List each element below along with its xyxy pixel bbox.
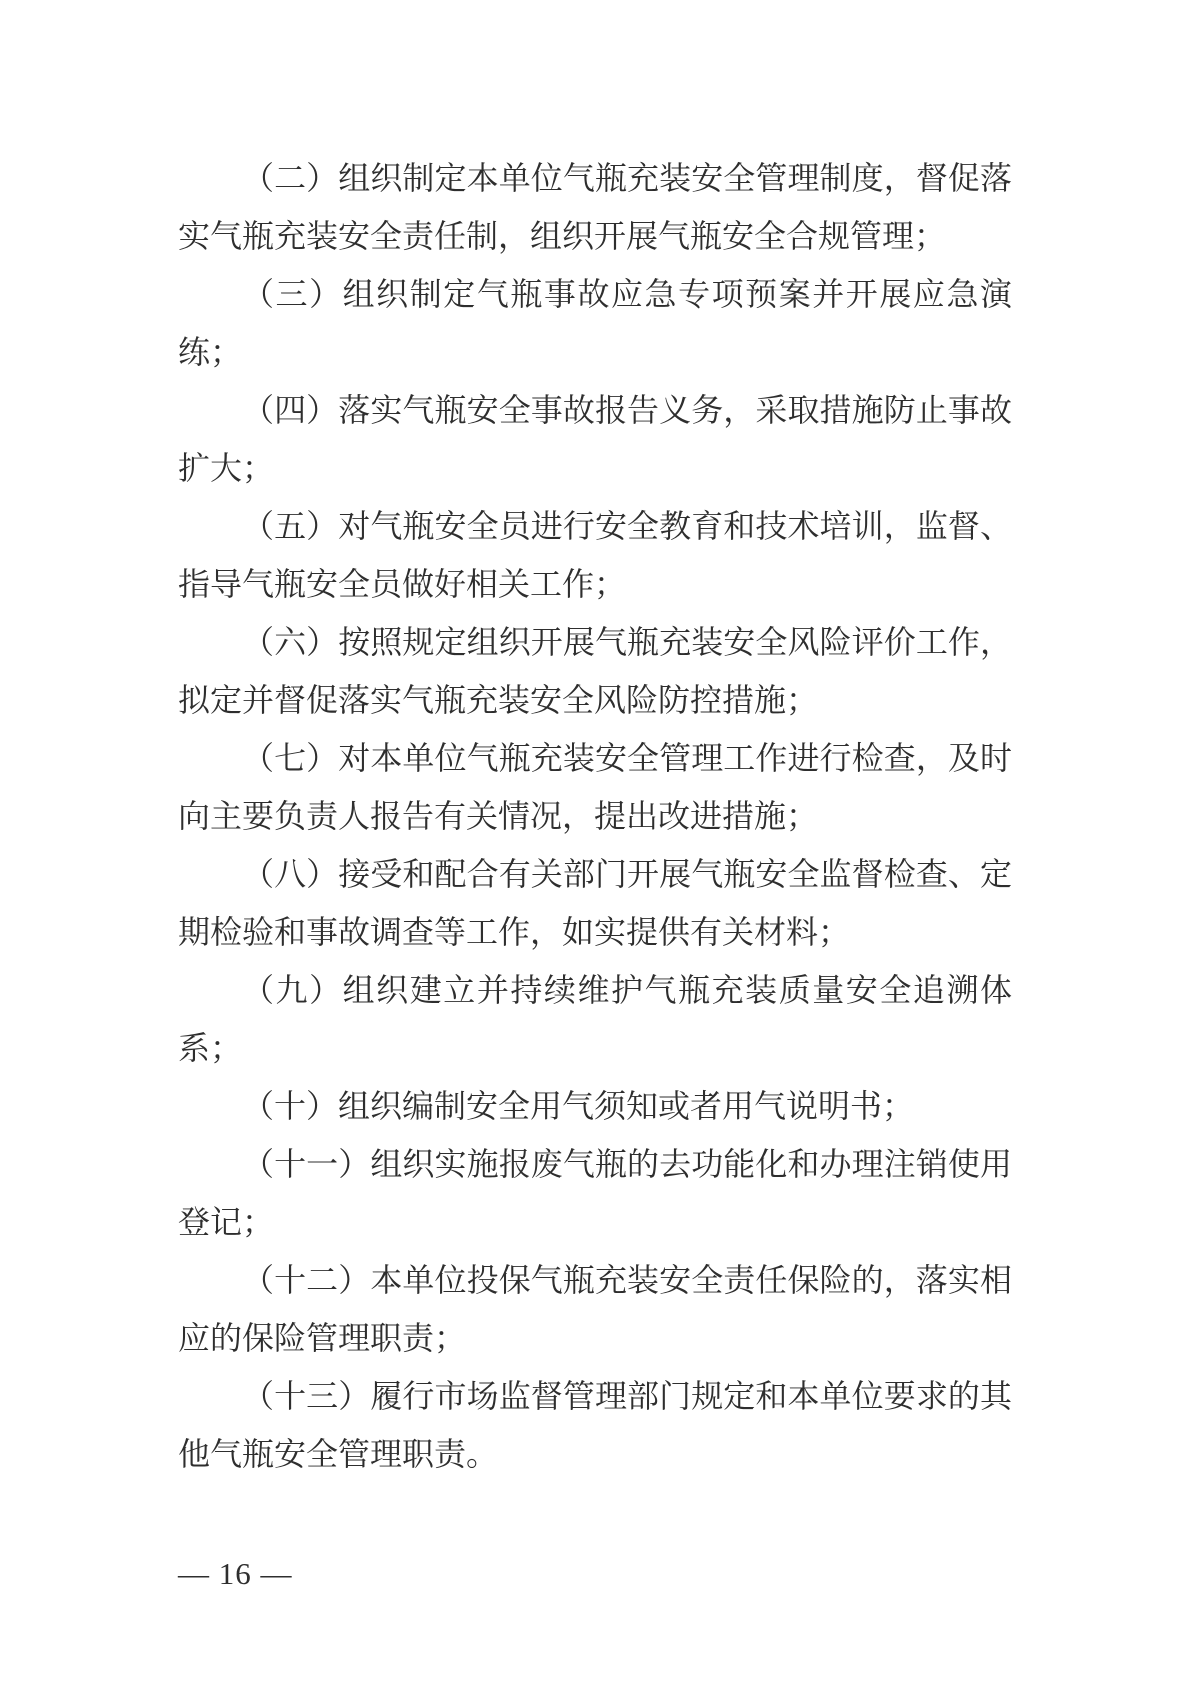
paragraph: （二）组织制定本单位气瓶充装安全管理制度，督促落实气瓶充装安全责任制，组织开展气… (178, 149, 1012, 265)
paragraph: （十一）组织实施报废气瓶的去功能化和办理注销使用登记； (178, 1135, 1012, 1251)
document-page: （二）组织制定本单位气瓶充装安全管理制度，督促落实气瓶充装安全责任制，组织开展气… (0, 0, 1190, 1683)
text-line: （四）落实气瓶安全事故报告义务，采取措施防止事故 (178, 381, 1012, 439)
paragraph: （四）落实气瓶安全事故报告义务，采取措施防止事故扩大； (178, 381, 1012, 497)
page-number: — 16 — (178, 1556, 293, 1592)
text-line: （八）接受和配合有关部门开展气瓶安全监督检查、定 (178, 845, 1012, 903)
text-line: （六）按照规定组织开展气瓶充装安全风险评价工作， (178, 613, 1012, 671)
document-body: （二）组织制定本单位气瓶充装安全管理制度，督促落实气瓶充装安全责任制，组织开展气… (178, 149, 1012, 1483)
text-line: 向主要负责人报告有关情况，提出改进措施； (178, 787, 1012, 845)
paragraph: （五）对气瓶安全员进行安全教育和技术培训，监督、指导气瓶安全员做好相关工作； (178, 497, 1012, 613)
text-line: 实气瓶充装安全责任制，组织开展气瓶安全合规管理； (178, 207, 1012, 265)
paragraph: （八）接受和配合有关部门开展气瓶安全监督检查、定期检验和事故调查等工作，如实提供… (178, 845, 1012, 961)
paragraph: （七）对本单位气瓶充装安全管理工作进行检查，及时向主要负责人报告有关情况，提出改… (178, 729, 1012, 845)
text-line: （十三）履行市场监督管理部门规定和本单位要求的其 (178, 1367, 1012, 1425)
text-line: 应的保险管理职责； (178, 1309, 1012, 1367)
paragraph: （九）组织建立并持续维护气瓶充装质量安全追溯体系； (178, 961, 1012, 1077)
text-line: 系； (178, 1019, 1012, 1077)
text-line: （五）对气瓶安全员进行安全教育和技术培训，监督、 (178, 497, 1012, 555)
text-line: 练； (178, 323, 1012, 381)
paragraph: （六）按照规定组织开展气瓶充装安全风险评价工作，拟定并督促落实气瓶充装安全风险防… (178, 613, 1012, 729)
text-line: 登记； (178, 1193, 1012, 1251)
paragraph: （十二）本单位投保气瓶充装安全责任保险的，落实相应的保险管理职责； (178, 1251, 1012, 1367)
text-line: 他气瓶安全管理职责。 (178, 1425, 1012, 1483)
text-line: 期检验和事故调查等工作，如实提供有关材料； (178, 903, 1012, 961)
paragraph: （三）组织制定气瓶事故应急专项预案并开展应急演练； (178, 265, 1012, 381)
paragraph: （十三）履行市场监督管理部门规定和本单位要求的其他气瓶安全管理职责。 (178, 1367, 1012, 1483)
text-line: （十）组织编制安全用气须知或者用气说明书； (178, 1077, 1012, 1135)
text-line: （十二）本单位投保气瓶充装安全责任保险的，落实相 (178, 1251, 1012, 1309)
text-line: 指导气瓶安全员做好相关工作； (178, 555, 1012, 613)
text-line: 扩大； (178, 439, 1012, 497)
text-line: （七）对本单位气瓶充装安全管理工作进行检查，及时 (178, 729, 1012, 787)
text-line: （三）组织制定气瓶事故应急专项预案并开展应急演 (178, 265, 1012, 323)
text-line: （九）组织建立并持续维护气瓶充装质量安全追溯体 (178, 961, 1012, 1019)
text-line: （十一）组织实施报废气瓶的去功能化和办理注销使用 (178, 1135, 1012, 1193)
text-line: （二）组织制定本单位气瓶充装安全管理制度，督促落 (178, 149, 1012, 207)
paragraph: （十）组织编制安全用气须知或者用气说明书； (178, 1077, 1012, 1135)
text-line: 拟定并督促落实气瓶充装安全风险防控措施； (178, 671, 1012, 729)
